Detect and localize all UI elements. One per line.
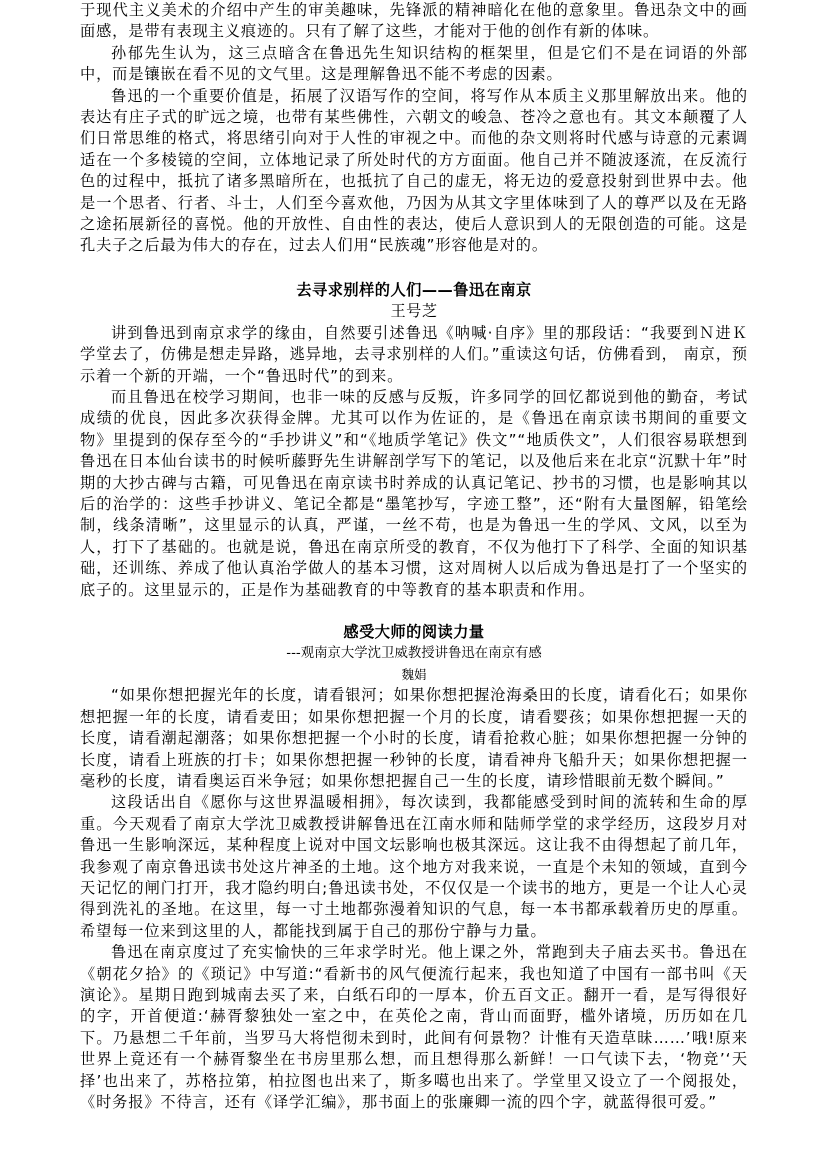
paragraph: 讲到鲁迅到南京求学的缘由，自然要引述鲁迅《呐喊·自序》里的那段话：“我要到Ｎ进Ｋ… (80, 323, 748, 387)
section-spacer (80, 601, 748, 622)
article-author: 王号芝 (80, 301, 748, 322)
article-author: 魏娟 (80, 664, 748, 685)
paragraph: 鲁迅的一个重要价值是，拓展了汉语写作的空间，将写作从本质主义那里解放出来。他的表… (80, 86, 748, 257)
section-lu-xun-value: 于现代主义美术的介绍中产生的审美趣味，先锋派的精神暗化在他的意象里。鲁迅杂文中的… (80, 0, 748, 257)
section-reading-power: 感受大师的阅读力量 ---观南京大学沈卫威教授讲鲁迅在南京有感 魏娟 “如果你想… (80, 622, 748, 1114)
paragraph: “如果你想把握光年的长度，请看银河；如果你想把握沧海桑田的长度，请看化石；如果你… (80, 685, 748, 792)
paragraph: 鲁迅在南京度过了充实愉快的三年求学时光。他上课之外，常跑到夫子庙去买书。鲁迅在《… (80, 942, 748, 1113)
paragraph: 这段话出自《愿你与这世界温暖相拥》，每次读到，我都能感受到时间的流转和生命的厚重… (80, 792, 748, 942)
paragraph: 孙郁先生认为，这三点暗含在鲁迅先生知识结构的框架里，但是它们不是在词语的外部中，… (80, 43, 748, 86)
article-title: 去寻求别样的人们——鲁迅在南京 (80, 280, 748, 301)
article-subtitle: ---观南京大学沈卫威教授讲鲁迅在南京有感 (80, 643, 748, 664)
section-lu-xun-in-nanjing: 去寻求别样的人们——鲁迅在南京 王号芝 讲到鲁迅到南京求学的缘由，自然要引述鲁迅… (80, 280, 748, 601)
paragraph: 于现代主义美术的介绍中产生的审美趣味，先锋派的精神暗化在他的意象里。鲁迅杂文中的… (80, 0, 748, 43)
document-page: 于现代主义美术的介绍中产生的审美趣味，先锋派的精神暗化在他的意象里。鲁迅杂文中的… (80, 0, 748, 1114)
paragraph: 而且鲁迅在校学习期间，也非一味的反感与反叛，许多同学的回忆都说到他的勤奋，考试成… (80, 387, 748, 601)
article-title: 感受大师的阅读力量 (80, 622, 748, 643)
section-spacer (80, 257, 748, 280)
